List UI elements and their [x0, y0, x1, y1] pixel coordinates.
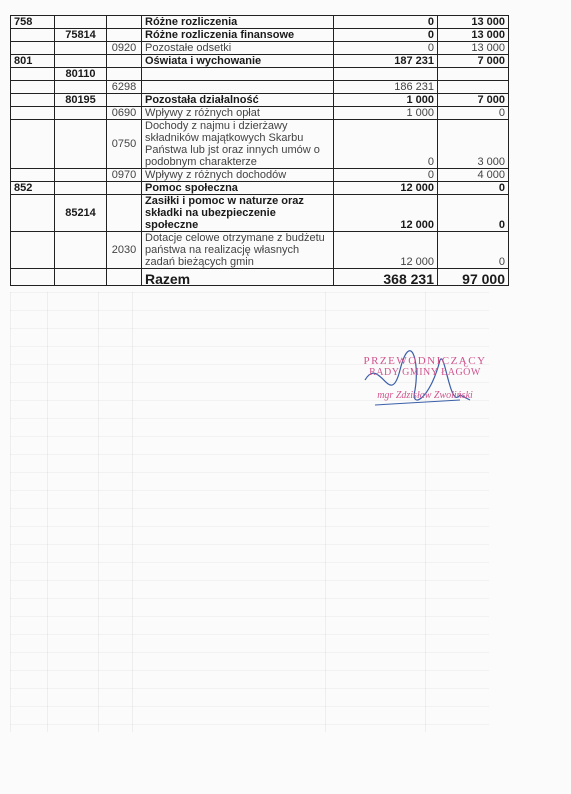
rozdzial-cell [55, 182, 107, 195]
change-cell: 4 000 [438, 169, 509, 182]
change-cell: 7 000 [438, 94, 509, 107]
change-cell: 0 [438, 195, 509, 232]
change-cell: 13 000 [438, 42, 509, 55]
plan-cell: 12 000 [334, 195, 438, 232]
paragraf-cell: 0690 [107, 107, 142, 120]
rozdzial-cell [55, 107, 107, 120]
income-table: 758Różne rozliczenia013 00075814Różne ro… [10, 15, 509, 286]
paragraf-cell [107, 195, 142, 232]
change-cell: 13 000 [438, 29, 509, 42]
table-row: 75814Różne rozliczenia finansowe013 000 [11, 29, 509, 42]
name-cell: Pozostała działalność [142, 94, 334, 107]
total-row: Razem368 23197 000 [11, 269, 509, 286]
dzial-cell [11, 195, 55, 232]
rozdzial-cell [55, 81, 107, 94]
empty-cell [11, 269, 55, 286]
rozdzial-cell: 80195 [55, 94, 107, 107]
plan-cell: 187 231 [334, 55, 438, 68]
paragraf-cell [107, 68, 142, 81]
dzial-cell [11, 169, 55, 182]
name-cell: Wpływy z różnych dochodów [142, 169, 334, 182]
table-row: 0920Pozostałe odsetki013 000 [11, 42, 509, 55]
change-cell: 7 000 [438, 55, 509, 68]
change-cell: 0 [438, 107, 509, 120]
paragraf-cell: 0920 [107, 42, 142, 55]
paragraf-cell: 2030 [107, 232, 142, 269]
paragraf-cell [107, 16, 142, 29]
bleed-through-line [47, 292, 48, 732]
paragraf-cell [107, 94, 142, 107]
plan-cell: 12 000 [334, 232, 438, 269]
plan-cell [334, 68, 438, 81]
chairman-stamp: PRZEWODNICZĄCY RADY GMINY ŁAGÓW mgr Zdzi… [345, 355, 505, 401]
name-cell: Wpływy z różnych opłat [142, 107, 334, 120]
table-row: 0690Wpływy z różnych opłat1 0000 [11, 107, 509, 120]
dzial-cell: 758 [11, 16, 55, 29]
plan-cell: 0 [334, 169, 438, 182]
name-cell: Różne rozliczenia finansowe [142, 29, 334, 42]
plan-cell: 1 000 [334, 107, 438, 120]
paragraf-cell: 0750 [107, 120, 142, 169]
empty-cell [107, 269, 142, 286]
stamp-name: mgr Zdzisław Zwoliński [345, 390, 505, 401]
table-row: 80195Pozostała działalność1 0007 000 [11, 94, 509, 107]
rozdzial-cell [55, 232, 107, 269]
plan-cell: 186 231 [334, 81, 438, 94]
name-cell: Pomoc społeczna [142, 182, 334, 195]
name-cell: Pozostałe odsetki [142, 42, 334, 55]
name-cell: Dotacje celowe otrzymane z budżetu państ… [142, 232, 334, 269]
dzial-cell [11, 94, 55, 107]
paragraf-cell: 0970 [107, 169, 142, 182]
dzial-cell: 801 [11, 55, 55, 68]
dzial-cell [11, 81, 55, 94]
paragraf-cell [107, 55, 142, 68]
paragraf-cell [107, 29, 142, 42]
table-row: 0970Wpływy z różnych dochodów04 000 [11, 169, 509, 182]
dzial-cell: 852 [11, 182, 55, 195]
plan-cell: 0 [334, 42, 438, 55]
dzial-cell [11, 120, 55, 169]
dzial-cell [11, 68, 55, 81]
name-cell: Różne rozliczenia [142, 16, 334, 29]
stamp-title: PRZEWODNICZĄCY [345, 355, 505, 367]
name-cell: Zasiłki i pomoc w naturze oraz składki n… [142, 195, 334, 232]
dzial-cell [11, 107, 55, 120]
change-cell: 0 [438, 182, 509, 195]
name-cell [142, 68, 334, 81]
plan-cell: 1 000 [334, 94, 438, 107]
rozdzial-cell [55, 169, 107, 182]
table-row: 80110 [11, 68, 509, 81]
table-row: 85214Zasiłki i pomoc w naturze oraz skła… [11, 195, 509, 232]
bleed-through-line [325, 292, 326, 732]
plan-cell: 0 [334, 120, 438, 169]
rozdzial-cell: 80110 [55, 68, 107, 81]
change-cell: 0 [438, 232, 509, 269]
table-row: 0750Dochody z najmu i dzierżawy składnik… [11, 120, 509, 169]
bleed-through-line [132, 292, 133, 732]
empty-cell [55, 269, 107, 286]
rozdzial-cell [55, 120, 107, 169]
name-cell: Oświata i wychowanie [142, 55, 334, 68]
plan-cell: 0 [334, 29, 438, 42]
change-cell: 13 000 [438, 16, 509, 29]
rozdzial-cell: 75814 [55, 29, 107, 42]
stamp-council: RADY GMINY ŁAGÓW [345, 367, 505, 378]
table-row: 801Oświata i wychowanie187 2317 000 [11, 55, 509, 68]
name-cell [142, 81, 334, 94]
paragraf-cell [107, 182, 142, 195]
total-change: 97 000 [438, 269, 509, 286]
rozdzial-cell [55, 55, 107, 68]
table-row: 758Różne rozliczenia013 000 [11, 16, 509, 29]
dzial-cell [11, 42, 55, 55]
table-row: 852Pomoc społeczna12 0000 [11, 182, 509, 195]
dzial-cell [11, 232, 55, 269]
table-row: 2030Dotacje celowe otrzymane z budżetu p… [11, 232, 509, 269]
total-label: Razem [142, 269, 334, 286]
total-plan: 368 231 [334, 269, 438, 286]
plan-cell: 0 [334, 16, 438, 29]
paragraf-cell: 6298 [107, 81, 142, 94]
dzial-cell [11, 29, 55, 42]
change-cell [438, 68, 509, 81]
change-cell [438, 81, 509, 94]
rozdzial-cell [55, 16, 107, 29]
table-row: 6298186 231 [11, 81, 509, 94]
name-cell: Dochody z najmu i dzierżawy składników m… [142, 120, 334, 169]
rozdzial-cell: 85214 [55, 195, 107, 232]
rozdzial-cell [55, 42, 107, 55]
plan-cell: 12 000 [334, 182, 438, 195]
bleed-through-line [98, 292, 99, 732]
change-cell: 3 000 [438, 120, 509, 169]
